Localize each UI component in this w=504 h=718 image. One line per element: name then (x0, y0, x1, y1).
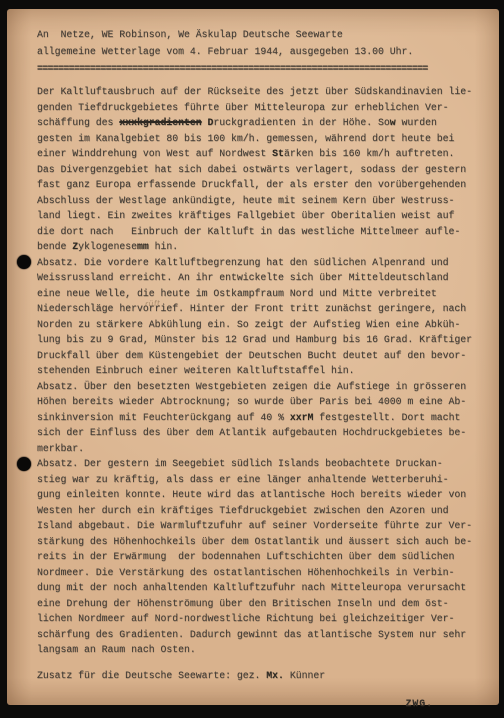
text-line: die dort nach Einbruch der Kaltluft in d… (37, 224, 477, 240)
text-line: sinkinversion mit Feuchterückgang auf 40… (37, 410, 477, 426)
text-segment: Mx. (266, 670, 284, 681)
text-segment: sich der Einfluss des über dem Atlantik … (37, 427, 466, 438)
text-segment: Absatz. Über den besetzten Westgebieten … (37, 381, 466, 392)
text-line: Der Kaltluftausbruch auf der Rückseite d… (37, 84, 477, 100)
text-line: Das Divergenzgebiet hat sich dabei ostwä… (37, 162, 477, 178)
text-line: eine neue Welle, die heute im Ostkampfra… (37, 286, 477, 302)
typed-header: An Netze, WE Robinson, We Äskulap Deutsc… (37, 26, 477, 77)
text-segment: fast ganz Europa erfassende Druckfall, d… (37, 179, 466, 190)
text-line: Absatz. Über den besetzten Westgebieten … (37, 379, 477, 395)
double-rule: ========================================… (37, 60, 477, 77)
text-segment: Das Divergenzgebiet hat sich dabei ostwä… (37, 164, 466, 175)
text-segment: land liegt. Ein zweites kräftiges Fallge… (37, 210, 454, 221)
text-line: land liegt. Ein zweites kräftiges Fallge… (37, 208, 477, 224)
text-line: sich der Einfluss des über dem Atlantik … (37, 425, 477, 441)
text-segment: xxxkgradienten (119, 117, 201, 128)
page-content: An Netze, WE Robinson, We Äskulap Deutsc… (37, 26, 477, 697)
text-segment: eine Drehung der Höhenströmung über den … (37, 598, 449, 609)
text-line: reits in der Erwärmung der bodennahen Lu… (37, 549, 477, 565)
text-segment: langsam an Raum nach Osten. (37, 644, 196, 655)
text-segment: Der Kaltluftausbruch auf der Rückseite d… (37, 86, 472, 97)
text-segment: genden Tiefdruckgebietes führte über Mit… (37, 102, 449, 113)
text-segment: schärfung des Gradienten. Dadurch gewinn… (37, 629, 466, 640)
text-segment: hervorrief.rüft (119, 303, 184, 314)
text-segment: stieg war zu kräftig, als dass er eine l… (37, 474, 449, 485)
text-line: stehenden Einbruch einer weiteren Kaltlu… (37, 363, 477, 379)
text-segment: Nordmeer. Die Verstärkung des ostatlanti… (37, 567, 454, 578)
text-segment: Absatz. Die vordere Kaltluftbegrenzung h… (37, 257, 449, 268)
text-line: einer Winddrehung von West auf Nordwest … (37, 146, 477, 162)
text-segment: Künner (284, 670, 325, 681)
text-segment: St (272, 148, 284, 159)
text-segment: reits in der Erwärmung der bodennahen Lu… (37, 551, 454, 562)
text-segment: xxrM (290, 412, 314, 423)
text-segment: Abschluss der Westlage ankündigte, heute… (37, 195, 454, 206)
text-segment: Norden zu stärkere Abkühlung ein. So zei… (37, 319, 460, 330)
text-line: genden Tiefdruckgebietes führte über Mit… (37, 100, 477, 116)
text-line: Nordmeer. Die Verstärkung des ostatlanti… (37, 565, 477, 581)
text-segment: lung bis zu 9 Grad, Münster bis 12 Grad … (37, 334, 472, 345)
text-segment: die dort nach Einbruch der Kaltluft in d… (37, 226, 460, 237)
text-segment: Absatz. Der gestern im Seegebiet südlich… (37, 458, 443, 469)
text-segment: Zusatz für die Deutsche Seewarte: gez. (37, 670, 266, 681)
page-footer: Zusatz für die Deutsche Seewarte: gez. M… (37, 668, 477, 712)
text-line: stieg war zu kräftig, als dass er eine l… (37, 472, 477, 488)
paper-page: An Netze, WE Robinson, We Äskulap Deutsc… (7, 9, 499, 705)
text-segment: Druckfall über dem Küstengebiet der Deut… (37, 350, 466, 361)
text-segment: festgestellt. Dort macht (313, 412, 460, 423)
text-segment: sinkinversion mit Feuchterückgang auf 40… (37, 412, 290, 423)
margin-bullet-icon (17, 255, 31, 269)
text-segment: einer Winddrehung von West auf Nordwest (37, 148, 272, 159)
pencil-annotation: rüft (145, 295, 161, 312)
text-line: merkbar. (37, 441, 477, 457)
text-segment: bende (37, 241, 72, 252)
text-line: Absatz. Der gestern im Seegebiet südlich… (37, 456, 477, 472)
margin-bullet-icon (17, 457, 31, 471)
text-segment: wurden (396, 117, 437, 128)
text-segment: Höhen bereits wieder Abtrocknung; so wur… (37, 396, 466, 407)
text-line: lichen Nordmeer auf Nord-nordwestliche R… (37, 611, 477, 627)
text-line: fast ganz Europa erfassende Druckfall, d… (37, 177, 477, 193)
text-line: gung einleiten konnte. Heute wird das at… (37, 487, 477, 503)
text-line: schäffung des xxxkgradienten Druckgradie… (37, 115, 477, 131)
text-segment: gesten im Kanalgebiet 80 bis 100 km/h. g… (37, 133, 454, 144)
text-segment: ärken bis 160 km/h auftreten. (284, 148, 455, 159)
text-line: Höhen bereits wieder Abtrocknung; so wur… (37, 394, 477, 410)
paragraph: Der Kaltluftausbruch auf der Rückseite d… (37, 84, 477, 255)
text-segment: gung einleiten konnte. Heute wird das at… (37, 489, 466, 500)
text-line: stärkung des Höhenhochkeils über dem Ost… (37, 534, 477, 550)
recipient-line: An Netze, WE Robinson, We Äskulap Deutsc… (37, 26, 477, 43)
text-line: schärfung des Gradienten. Dadurch gewinn… (37, 627, 477, 643)
text-line: Norden zu stärkere Abkühlung ein. So zei… (37, 317, 477, 333)
text-segment: lichen Nordmeer auf Nord-nordwestliche R… (37, 613, 454, 624)
paragraph: Absatz. Die vordere Kaltluftbegrenzung h… (37, 255, 477, 379)
text-line: gesten im Kanalgebiet 80 bis 100 km/h. g… (37, 131, 477, 147)
text-segment: stärkung des Höhenhochkeils über dem Ost… (37, 536, 472, 547)
text-line: Island abgebaut. Die Warmluftzufuhr auf … (37, 518, 477, 534)
text-line: Niederschläge hervorrief.rüft Hinter der… (37, 301, 477, 317)
text-line: lung bis zu 9 Grad, Münster bis 12 Grad … (37, 332, 477, 348)
subject-line: allgemeine Wetterlage vom 4. Februar 194… (37, 43, 477, 60)
text-line: bende Zyklogenesemm hin. (37, 239, 477, 255)
text-line: eine Drehung der Höhenströmung über den … (37, 596, 477, 612)
text-segment: ruckgradienten in der Höhe. So (213, 117, 389, 128)
text-segment: Hinter der Front tritt zunächst geringer… (184, 303, 466, 314)
text-line: dung mit der noch anhaltenden Kaltluftzu… (37, 580, 477, 596)
text-line: Absatz. Die vordere Kaltluftbegrenzung h… (37, 255, 477, 271)
text-segment: dung mit der noch anhaltenden Kaltluftzu… (37, 582, 466, 593)
text-line: Weissrussland erreicht. An ihr entwickel… (37, 270, 477, 286)
signature-line: Zusatz für die Deutsche Seewarte: gez. M… (37, 668, 477, 684)
text-segment: Niederschläge (37, 303, 119, 314)
text-segment: eine neue Welle, die heute im Ostkampfra… (37, 288, 437, 299)
text-line: Druckfall über dem Küstengebiet der Deut… (37, 348, 477, 364)
text-segment: stehenden Einbruch einer weiteren Kaltlu… (37, 365, 354, 376)
text-segment: merkbar. (37, 443, 84, 454)
text-segment: Westen her durch ein kräftiges Tiefdruck… (37, 505, 449, 516)
text-segment: yklogenese (78, 241, 137, 252)
text-segment: schäffung des (37, 117, 119, 128)
text-line: Westen her durch ein kräftiges Tiefdruck… (37, 503, 477, 519)
text-segment: hin. (149, 241, 178, 252)
office-stamp: ZWG. (37, 696, 433, 712)
text-line: langsam an Raum nach Osten. (37, 642, 477, 658)
text-line: Abschluss der Westlage ankündigte, heute… (37, 193, 477, 209)
text-segment: Weissrussland erreicht. An ihr entwickel… (37, 272, 449, 283)
text-segment: mm (137, 241, 149, 252)
paragraphs: Der Kaltluftausbruch auf der Rückseite d… (37, 84, 477, 658)
paragraph: Absatz. Der gestern im Seegebiet südlich… (37, 456, 477, 658)
paragraph: Absatz. Über den besetzten Westgebieten … (37, 379, 477, 457)
document-photo: An Netze, WE Robinson, We Äskulap Deutsc… (0, 0, 504, 718)
text-segment: Island abgebaut. Die Warmluftzufuhr auf … (37, 520, 472, 531)
